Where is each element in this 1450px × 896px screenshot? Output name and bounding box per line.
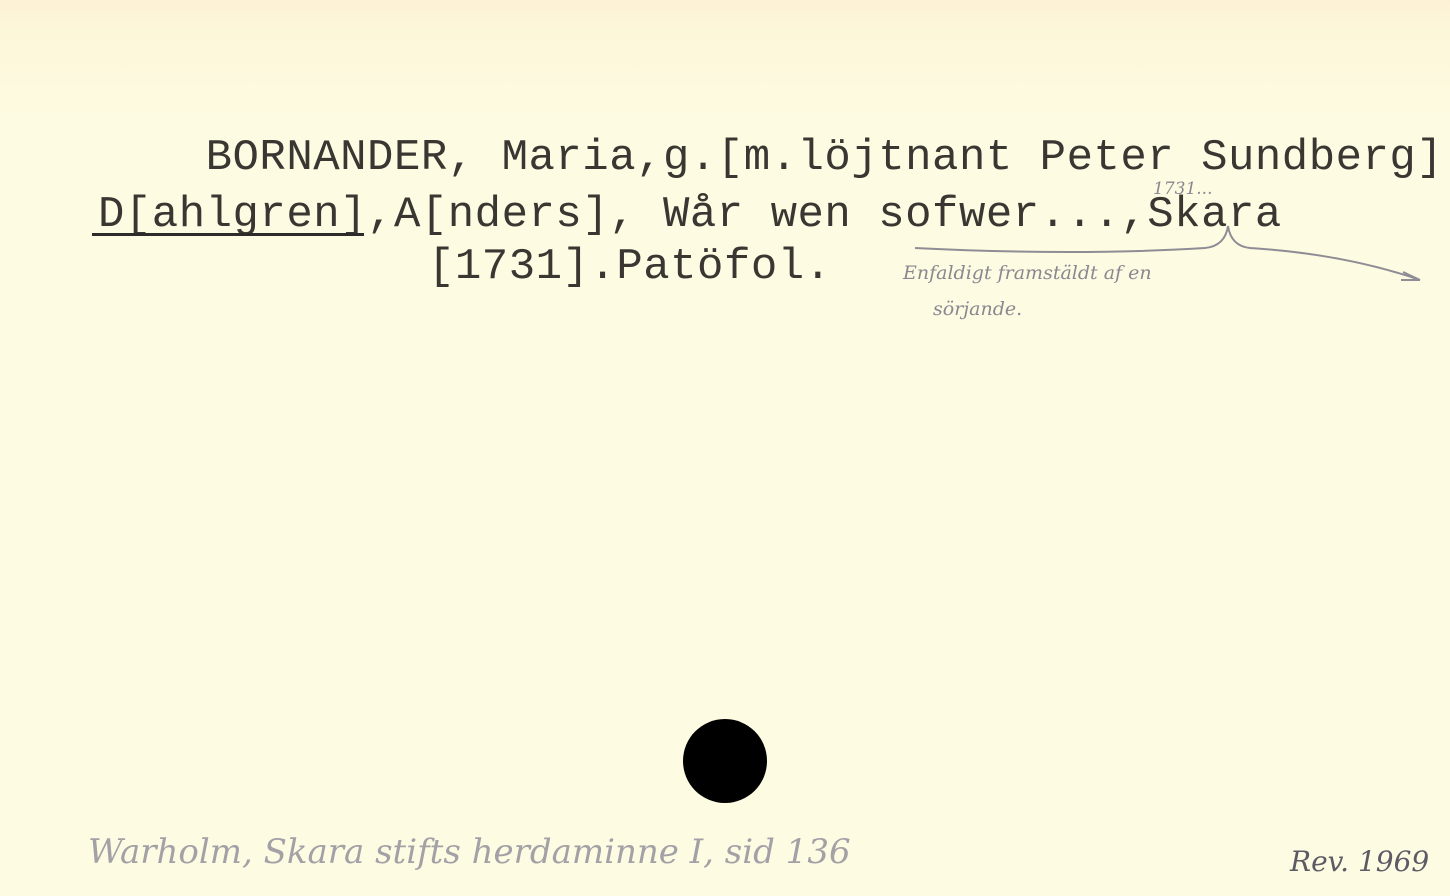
title-continuation-note-2: sörjande. — [933, 300, 1022, 319]
heading-surname: BORNANDER, — [206, 133, 475, 183]
title-continuation-note: Enfaldigt framstäldt af en — [903, 264, 1152, 283]
revision-note: Rev. 1969 — [1290, 848, 1429, 876]
heading-given-name: Maria,g.[m.löjtnant Peter Sundberg] — [502, 133, 1444, 183]
punch-hole — [683, 719, 767, 803]
year-annotation: 1731... — [1153, 181, 1212, 198]
catalog-card: BORNANDER, Maria,g.[m.löjtnant Peter Sun… — [0, 0, 1450, 896]
author-underline — [92, 233, 364, 236]
source-reference-note: Warholm, Skara stifts herdaminne I, sid … — [88, 835, 851, 869]
imprint-line: [1731].Patöfol. — [428, 245, 832, 289]
